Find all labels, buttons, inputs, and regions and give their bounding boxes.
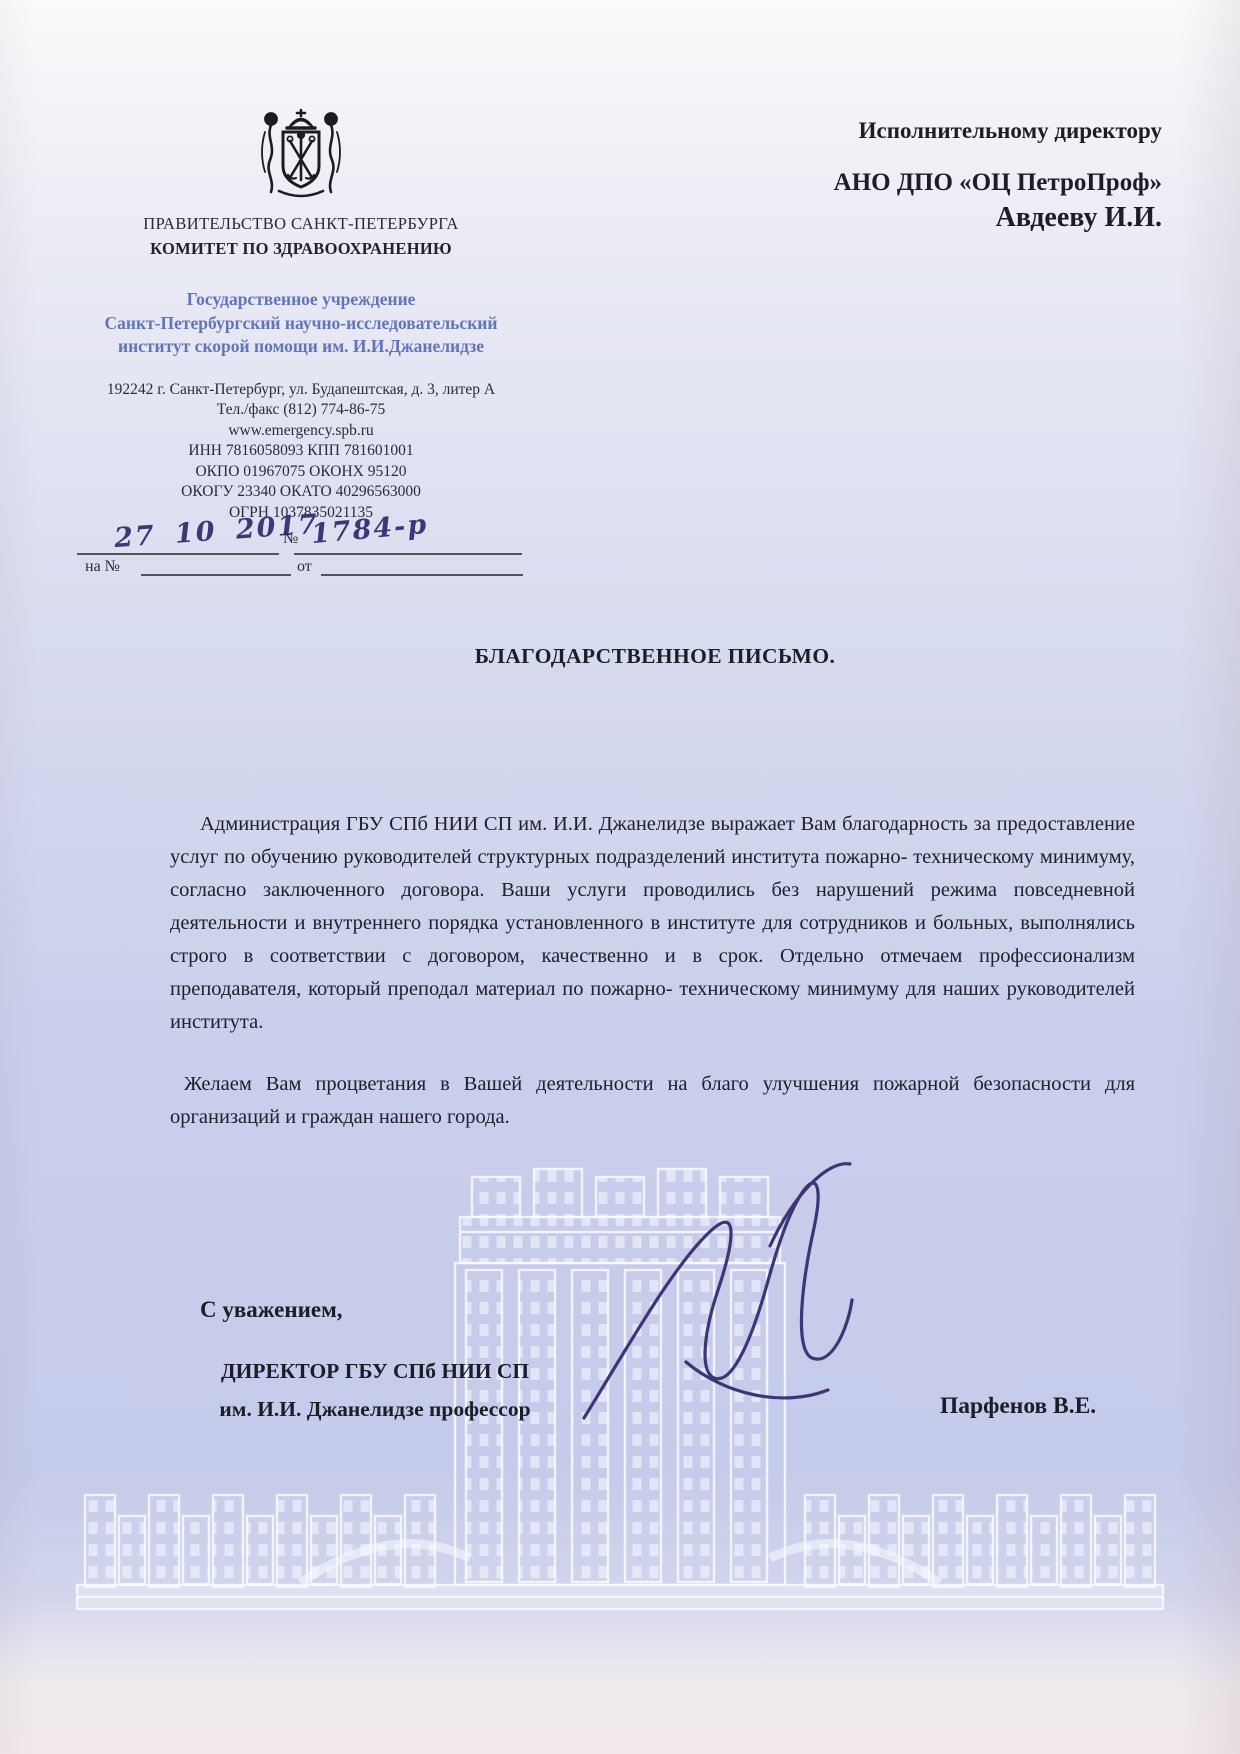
body-paragraph: Желаем Вам процветания в Вашей деятельно… (170, 1068, 1135, 1134)
signature-autograph-icon (566, 1150, 916, 1450)
signer-title: ДИРЕКТОР ГБУ СПб НИИ СП им. И.И. Джанели… (145, 1352, 605, 1428)
address-line: ИНН 7816058093 КПП 781601001 (59, 441, 543, 462)
recipient-organization: АНО ДПО «ОЦ ПетроПроф» (700, 169, 1162, 197)
signer-title-line: ДИРЕКТОР ГБУ СПб НИИ СП (145, 1352, 605, 1390)
address-block: 192242 г. Санкт-Петербург, ул. Будапештс… (59, 380, 543, 524)
date-underline (77, 553, 279, 555)
institution-line: Санкт-Петербургский научно-исследователь… (59, 312, 543, 336)
signer-name: Парфенов В.Е. (940, 1393, 1096, 1420)
reference-block: 27 10 2017 № 1784-р на № от (59, 522, 543, 578)
number-sign: № (283, 530, 298, 548)
on-number-underline (141, 574, 291, 576)
recipient-block: Исполнительному директору АНО ДПО «ОЦ Пе… (700, 118, 1162, 234)
address-line: ОКПО 01967075 ОКОНХ 95120 (59, 462, 543, 483)
website-line: www.emergency.spb.ru (59, 421, 543, 442)
body-paragraph: Администрация ГБУ СПб НИИ СП им. И.И. Дж… (170, 808, 1135, 1039)
on-number-label: на № (85, 558, 120, 576)
institution-line: Государственное учреждение (59, 288, 543, 312)
recipient-position: Исполнительному директору (700, 118, 1162, 144)
government-line: ПРАВИТЕЛЬСТВО САНКТ-ПЕТЕРБУРГА (59, 214, 543, 234)
letterhead: ПРАВИТЕЛЬСТВО САНКТ-ПЕТЕРБУРГА КОМИТЕТ П… (59, 106, 543, 524)
address-line: ОКОГУ 23340 ОКАТО 40296563000 (59, 482, 543, 503)
letter-body: Администрация ГБУ СПб НИИ СП им. И.И. Дж… (170, 808, 1135, 1134)
address-line: 192242 г. Санкт-Петербург, ул. Будапештс… (59, 380, 543, 401)
committee-line: КОМИТЕТ ПО ЗДРАВООХРАНЕНИЮ (59, 239, 543, 259)
spb-coat-of-arms-icon (249, 106, 353, 204)
address-line: Тел./факс (812) 774-86-75 (59, 400, 543, 421)
letter-content: ПРАВИТЕЛЬСТВО САНКТ-ПЕТЕРБУРГА КОМИТЕТ П… (0, 0, 1240, 1754)
closing-salutation: С уважением, (200, 1297, 343, 1323)
number-underline (294, 553, 522, 555)
letter-title: БЛАГОДАРСТВЕННОЕ ПИСЬМО. (70, 644, 1240, 669)
from-underline (321, 574, 523, 576)
recipient-name: Авдееву И.И. (700, 202, 1162, 234)
institution-line: институт скорой помощи им. И.И.Джанелидз… (59, 335, 543, 359)
institution-name: Государственное учреждение Санкт-Петербу… (59, 288, 543, 359)
scanned-letter-page: ПРАВИТЕЛЬСТВО САНКТ-ПЕТЕРБУРГА КОМИТЕТ П… (0, 0, 1240, 1754)
from-label: от (297, 558, 312, 576)
signer-title-line: им. И.И. Джанелидзе профессор (145, 1390, 605, 1428)
